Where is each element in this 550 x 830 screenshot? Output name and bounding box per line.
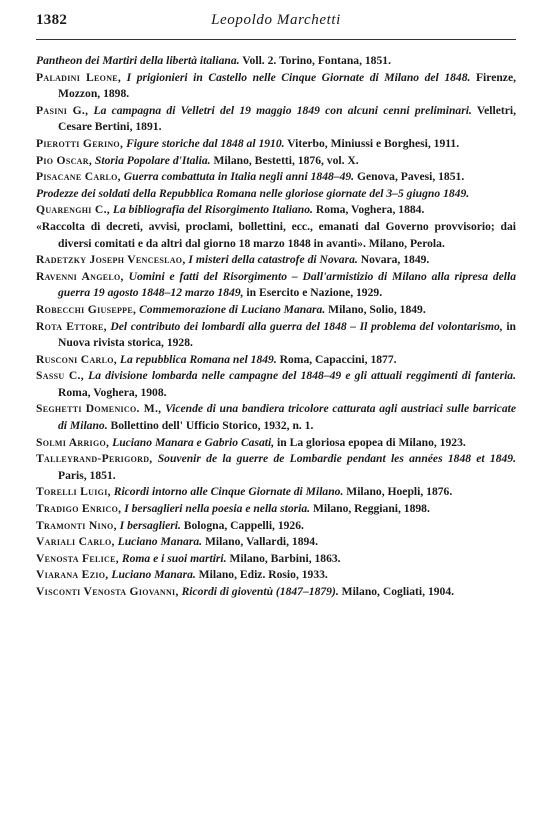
entry-publication: Paris, 1851. (58, 469, 116, 482)
running-title: Leopoldo Marchetti (36, 12, 516, 29)
entry-title: Luciano Manara. (115, 535, 202, 548)
entry-author: Venosta Felice, (36, 552, 119, 565)
entry-author: Tradigo Enrico, (36, 502, 121, 515)
entry-publication: in Esercito e Nazione, 1929. (244, 286, 383, 299)
entry-author: Ravenni Angelo, (36, 270, 124, 283)
entry-publication: Roma, Capaccini, 1877. (277, 353, 397, 366)
entry-publication: in La gloriosa epopea di Milano, 1923. (274, 436, 466, 449)
page-header: 1382 Leopoldo Marchetti (36, 12, 516, 32)
entry-author: Pio Oscar, (36, 154, 92, 167)
entry-title: La divisione lombarda nelle campagne del… (84, 369, 516, 382)
entry-author: Seghetti Domenico. M., (36, 402, 161, 415)
bibliography-entry: Visconti Venosta Giovanni, Ricordi di gi… (36, 584, 516, 601)
entry-author: Radetzky Joseph Venceslao, (36, 253, 186, 266)
entry-title: Storia Popolare d'Italia. (92, 154, 211, 167)
bibliography-entry: Robecchi Giuseppe, Commemorazione di Luc… (36, 302, 516, 319)
bibliography-entry: Viarana Ezio, Luciano Manara. Milano, Ed… (36, 567, 516, 584)
bibliography-entry: Solmi Arrigo, Luciano Manara e Gabrio Ca… (36, 435, 516, 452)
bibliography-entry: Ravenni Angelo, Uomini e fatti del Risor… (36, 269, 516, 302)
entry-author: Rusconi Carlo, (36, 353, 117, 366)
bibliography-entry: Rusconi Carlo, La repubblica Romana nel … (36, 352, 516, 369)
entry-publication: Milano, Solio, 1849. (325, 303, 426, 316)
entry-publication: Milano, Barbini, 1863. (227, 552, 341, 565)
entry-author: Quarenghi C., (36, 203, 110, 216)
entry-title: La repubblica Romana nel 1849. (117, 353, 277, 366)
bibliography-entry: Pasini G., La campagna di Velletri del 1… (36, 103, 516, 136)
entry-author: Viarana Ezio, (36, 568, 108, 581)
entry-author: Paladini Leone, (36, 71, 121, 84)
entry-title: La campagna di Velletri del 19 maggio 18… (88, 104, 472, 117)
entry-title: Prodezze dei soldati della Repubblica Ro… (36, 187, 469, 200)
entry-title: Ricordi intorno alle Cinque Giornate di … (111, 485, 344, 498)
entry-author: Torelli Luigi, (36, 485, 111, 498)
bibliography-entry: Prodezze dei soldati della Repubblica Ro… (36, 186, 516, 203)
entry-publication: Milano, Reggiani, 1898. (310, 502, 430, 515)
entry-author: Pasini G., (36, 104, 88, 117)
entry-title: I prigionieri in Castello nelle Cinque G… (121, 71, 470, 84)
bibliography-entry: Variali Carlo, Luciano Manara. Milano, V… (36, 534, 516, 551)
entry-title: Commemorazione di Luciano Manara. (136, 303, 325, 316)
entry-publication: «Raccolta di decreti, avvisi, proclami, … (36, 220, 516, 250)
bibliography-entry: Tradigo Enrico, I bersaglieri nella poes… (36, 501, 516, 518)
bibliography-entry: Tramonti Nino, I bersaglieri. Bologna, C… (36, 518, 516, 535)
entry-title: I misteri della catastrofe di Novara. (186, 253, 358, 266)
entry-author: Sassu C., (36, 369, 84, 382)
bibliography-entry: Seghetti Domenico. M., Vicende di una ba… (36, 401, 516, 434)
entry-author: Pierotti Gerino, (36, 137, 123, 150)
entry-title: Del contributo dei lombardi alla guerra … (107, 320, 503, 333)
entry-title: Roma e i suoi martiri. (119, 552, 227, 565)
bibliography-entry: «Raccolta di decreti, avvisi, proclami, … (36, 219, 516, 252)
entry-publication: Bologna, Cappelli, 1926. (181, 519, 304, 532)
bibliography-entry: Pio Oscar, Storia Popolare d'Italia. Mil… (36, 153, 516, 170)
entry-title: Souvenir de la guerre de Lombardie penda… (152, 452, 516, 465)
entry-title: I bersaglieri nella poesia e nella stori… (121, 502, 310, 515)
entry-publication: Milano, Ediz. Rosio, 1933. (196, 568, 328, 581)
entry-title: Guerra combattuta in Italia negli anni 1… (121, 170, 354, 183)
bibliography-entry: Pierotti Gerino, Figure storiche dal 184… (36, 136, 516, 153)
entry-publication: Voll. 2. Torino, Fontana, 1851. (240, 54, 391, 67)
entry-author: Rota Ettore, (36, 320, 107, 333)
bibliography-entry: Venosta Felice, Roma e i suoi martiri. M… (36, 551, 516, 568)
entry-title: I bersaglieri. (117, 519, 181, 532)
entry-publication: Novara, 1849. (358, 253, 430, 266)
bibliography-entry: Radetzky Joseph Venceslao, I misteri del… (36, 252, 516, 269)
entry-title: La bibliografia del Risorgimento Italian… (110, 203, 313, 216)
entry-publication: Roma, Voghera, 1884. (313, 203, 424, 216)
entry-title: Luciano Manara e Gabrio Casati, (109, 436, 274, 449)
entry-publication: Milano, Bestetti, 1876, vol. X. (211, 154, 359, 167)
entry-title: Figure storiche dal 1848 al 1910. (123, 137, 284, 150)
entry-title: Luciano Manara. (108, 568, 195, 581)
entry-publication: Milano, Cogliati, 1904. (339, 585, 454, 598)
bibliography-entry: Torelli Luigi, Ricordi intorno alle Cinq… (36, 484, 516, 501)
entry-publication: Genova, Pavesi, 1851. (354, 170, 464, 183)
bibliography-entry: Rota Ettore, Del contributo dei lombardi… (36, 319, 516, 352)
bibliography-entry: Pisacane Carlo, Guerra combattuta in Ita… (36, 169, 516, 186)
bibliography-entry: Sassu C., La divisione lombarda nelle ca… (36, 368, 516, 401)
bibliography-list: Pantheon dei Martiri della libertà itali… (36, 53, 516, 601)
entry-publication: Milano, Hoepli, 1876. (343, 485, 452, 498)
entry-author: Talleyrand-Perigord, (36, 452, 152, 465)
entry-author: Tramonti Nino, (36, 519, 117, 532)
bibliography-entry: Paladini Leone, I prigionieri in Castell… (36, 70, 516, 103)
entry-publication: Viterbo, Miniussi e Borghesi, 1911. (285, 137, 460, 150)
entry-author: Visconti Venosta Giovanni, (36, 585, 179, 598)
entry-author: Pisacane Carlo, (36, 170, 121, 183)
bibliography-entry: Quarenghi C., La bibliografia del Risorg… (36, 202, 516, 219)
bibliography-entry: Talleyrand-Perigord, Souvenir de la guer… (36, 451, 516, 484)
bibliography-entry: Pantheon dei Martiri della libertà itali… (36, 53, 516, 70)
entry-author: Robecchi Giuseppe, (36, 303, 136, 316)
entry-title: Pantheon dei Martiri della libertà itali… (36, 54, 240, 67)
entry-publication: Milano, Vallardi, 1894. (202, 535, 318, 548)
header-rule (36, 39, 516, 40)
entry-publication: Bollettino dell' Ufficio Storico, 1932, … (108, 419, 314, 432)
entry-publication: Roma, Voghera, 1908. (58, 386, 167, 399)
entry-title: Ricordi di gioventù (1847–1879). (179, 585, 339, 598)
entry-author: Variali Carlo, (36, 535, 115, 548)
entry-author: Solmi Arrigo, (36, 436, 109, 449)
